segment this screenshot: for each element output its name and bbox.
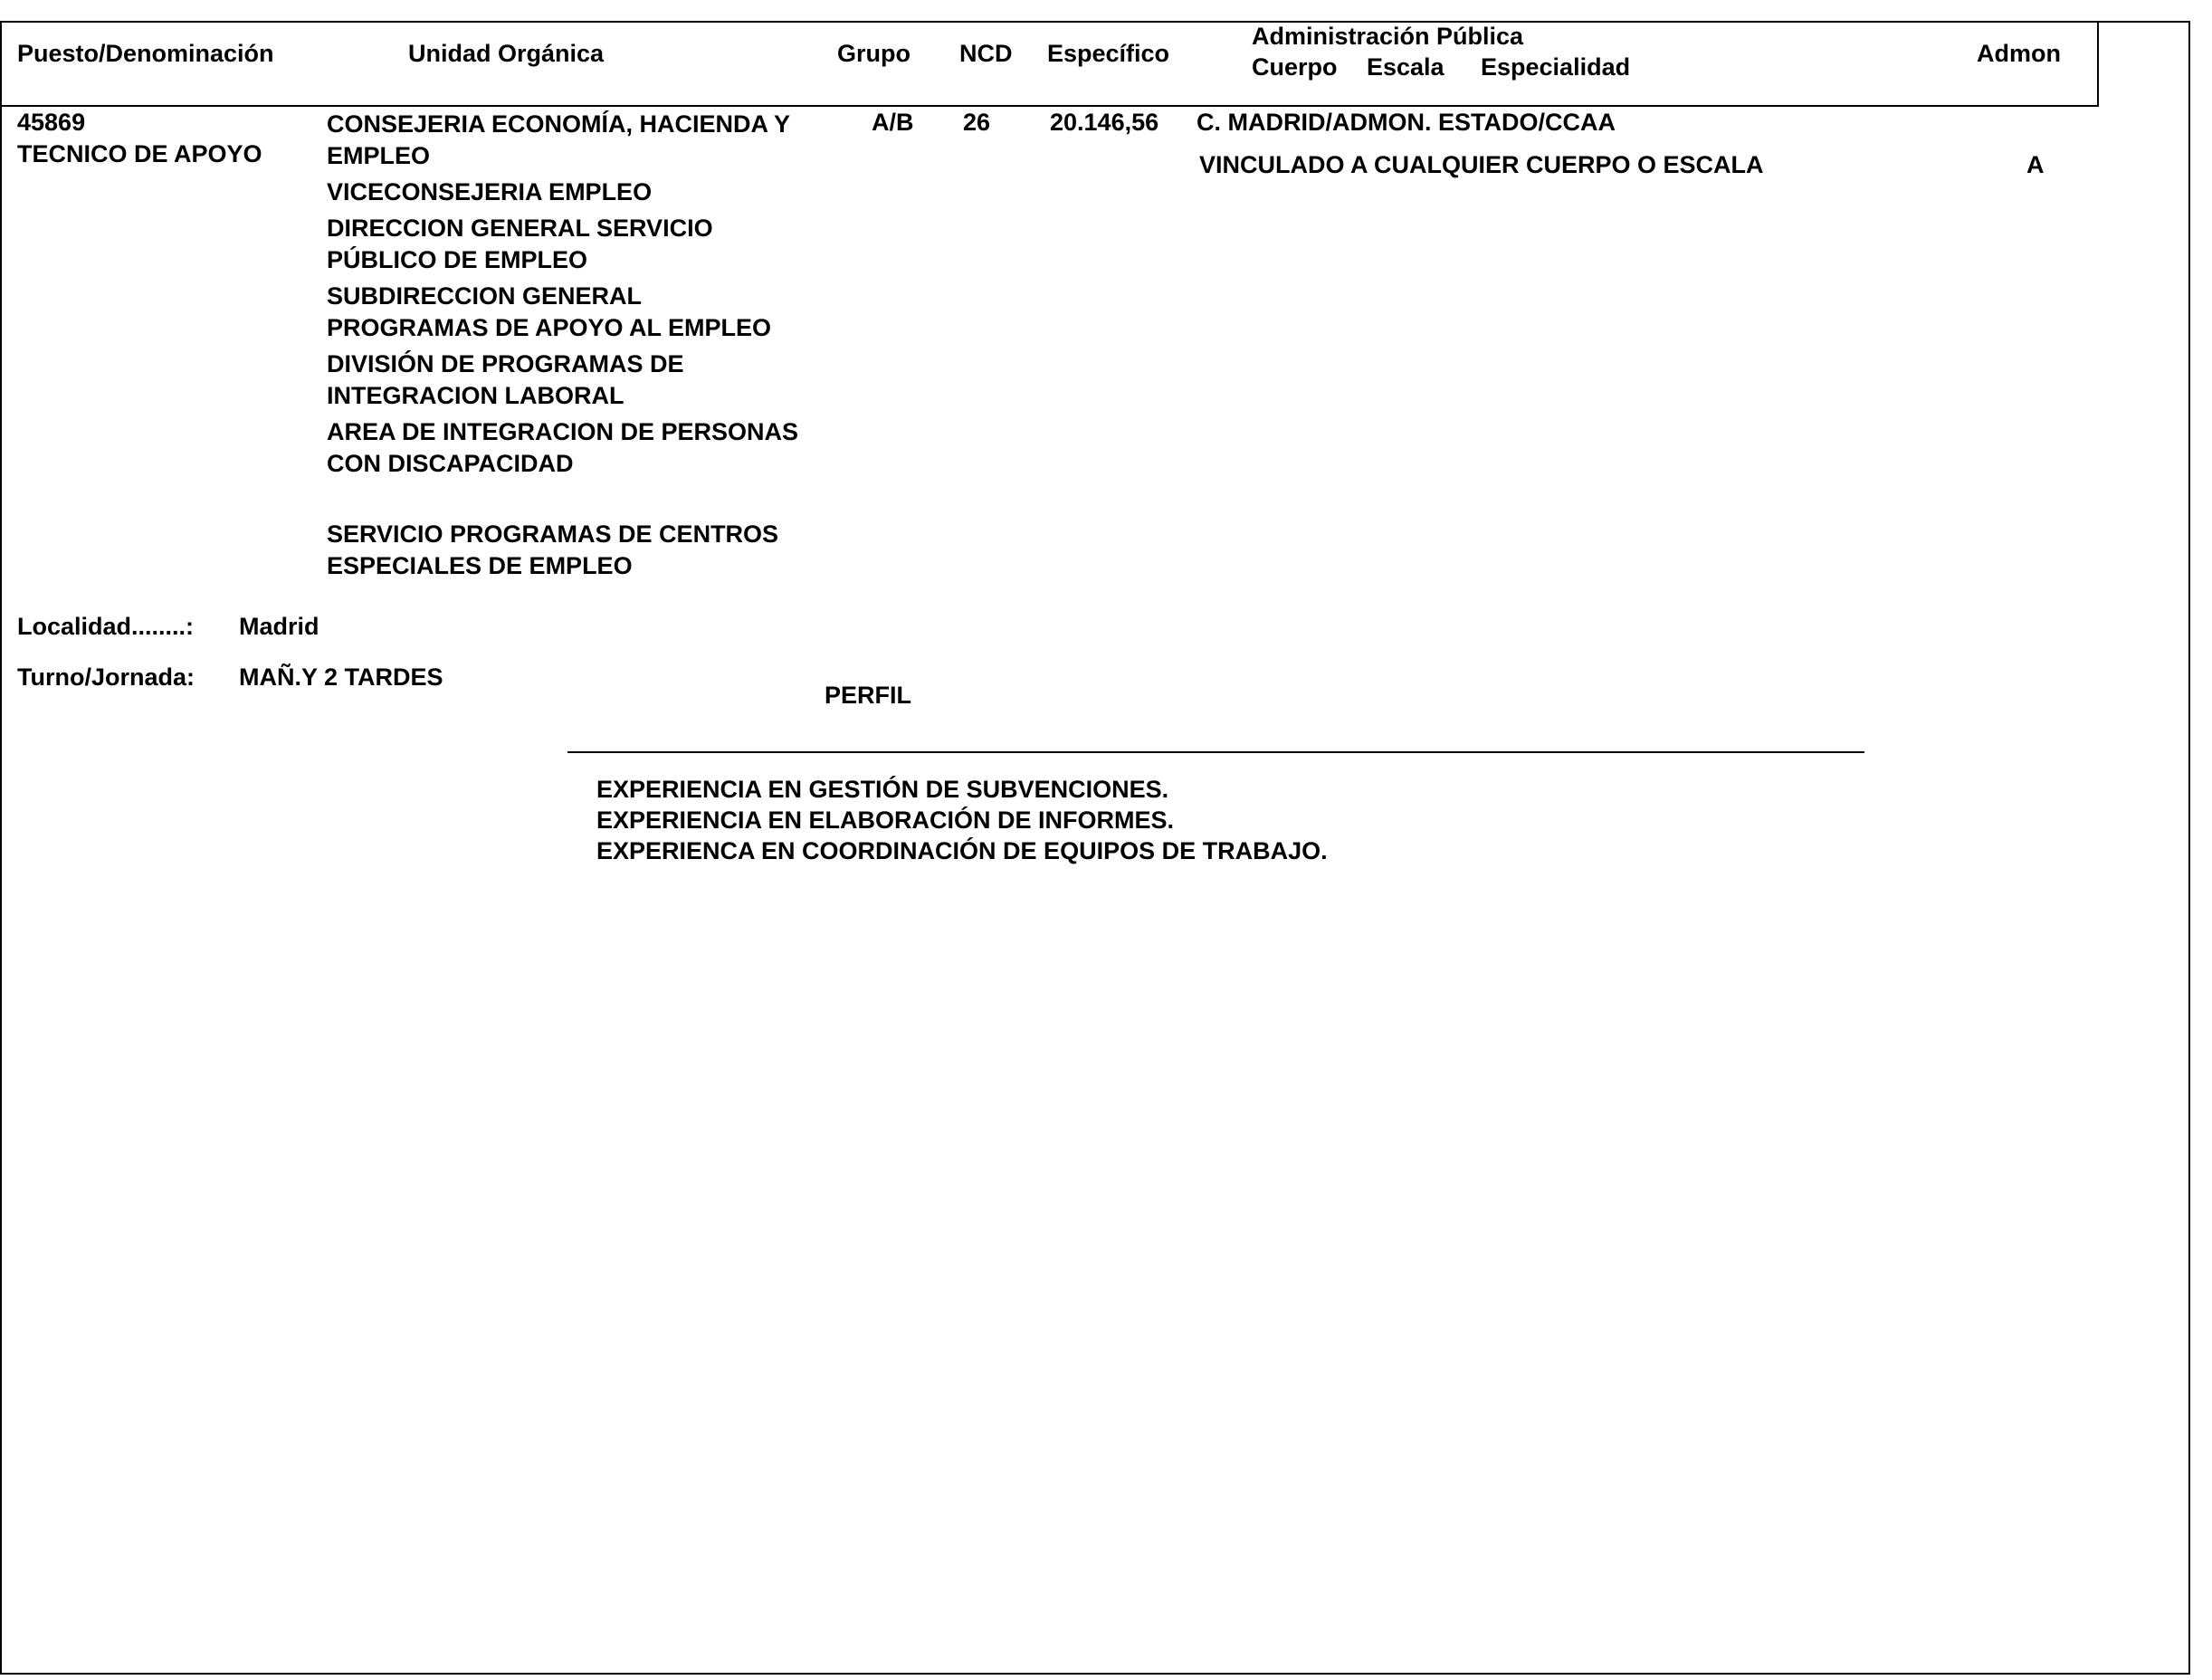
unidad-line: DIRECCION GENERAL SERVICIO	[327, 213, 852, 244]
admon-value: A	[2026, 149, 2045, 180]
denominacion: TECNICO DE APOYO	[17, 138, 262, 169]
header-grupo: Grupo	[837, 38, 911, 69]
header-administracion-publica: Administración Pública	[1252, 21, 1523, 52]
header-especifico: Específico	[1047, 38, 1169, 69]
localidad-label: Localidad........:	[17, 611, 194, 642]
perfil-separator	[567, 751, 1864, 753]
grupo-value: A/B	[872, 107, 914, 138]
perfil-line: EXPERIENCIA EN GESTIÓN DE SUBVENCIONES.	[596, 774, 1328, 805]
unidad-line: INTEGRACION LABORAL	[327, 380, 852, 412]
unidad-block: VICECONSEJERIA EMPLEO	[327, 177, 852, 208]
unidad-line: DIVISIÓN DE PROGRAMAS DE	[327, 348, 852, 380]
turno-label: Turno/Jornada:	[17, 662, 195, 692]
unidad-line: EMPLEO	[327, 140, 852, 172]
cuerpo-escala-value: VINCULADO A CUALQUIER CUERPO O ESCALA	[1199, 149, 1764, 180]
administracion-publica-value: C. MADRID/ADMON. ESTADO/CCAA	[1197, 107, 1616, 138]
ncd-value: 26	[963, 107, 990, 138]
unidad-line: PROGRAMAS DE APOYO AL EMPLEO	[327, 312, 852, 344]
header-admon: Admon	[1977, 38, 2061, 69]
turno-value: MAÑ.Y 2 TARDES	[239, 662, 443, 692]
especifico-value: 20.146,56	[1050, 107, 1158, 138]
unidad-line: CON DISCAPACIDAD	[327, 448, 852, 480]
unidad-line: ESPECIALES DE EMPLEO	[327, 550, 852, 582]
localidad-value: Madrid	[239, 611, 319, 642]
perfil-title: PERFIL	[825, 680, 911, 711]
perfil-line: EXPERIENCA EN COORDINACIÓN DE EQUIPOS DE…	[596, 835, 1328, 866]
unidad-line: VICECONSEJERIA EMPLEO	[327, 177, 852, 208]
header-unidad-organica: Unidad Orgánica	[408, 38, 604, 69]
header-especialidad: Especialidad	[1481, 52, 1630, 82]
unidad-line: SERVICIO PROGRAMAS DE CENTROS	[327, 519, 852, 550]
header-ncd: NCD	[959, 38, 1013, 69]
unidad-block: SUBDIRECCION GENERAL PROGRAMAS DE APOYO …	[327, 281, 852, 344]
perfil-line: EXPERIENCIA EN ELABORACIÓN DE INFORMES.	[596, 805, 1328, 835]
header-puesto-denominacion: Puesto/Denominación	[17, 38, 274, 69]
unidad-line: CONSEJERIA ECONOMÍA, HACIENDA Y	[327, 109, 852, 140]
header-escala: Escala	[1367, 52, 1444, 82]
unidad-organica-list: CONSEJERIA ECONOMÍA, HACIENDA Y EMPLEO V…	[327, 109, 852, 587]
unidad-block: AREA DE INTEGRACION DE PERSONAS CON DISC…	[327, 416, 852, 480]
unidad-line: AREA DE INTEGRACION DE PERSONAS	[327, 416, 852, 448]
unidad-block: CONSEJERIA ECONOMÍA, HACIENDA Y EMPLEO	[327, 109, 852, 172]
unidad-block: DIRECCION GENERAL SERVICIO PÚBLICO DE EM…	[327, 213, 852, 276]
unidad-line: SUBDIRECCION GENERAL	[327, 281, 852, 312]
header-cuerpo: Cuerpo	[1252, 52, 1338, 82]
unidad-block: DIVISIÓN DE PROGRAMAS DE INTEGRACION LAB…	[327, 348, 852, 412]
unidad-block: SERVICIO PROGRAMAS DE CENTROS ESPECIALES…	[327, 519, 852, 582]
puesto-code: 45869	[17, 107, 85, 138]
perfil-list: EXPERIENCIA EN GESTIÓN DE SUBVENCIONES. …	[596, 774, 1328, 866]
unidad-line: PÚBLICO DE EMPLEO	[327, 244, 852, 276]
